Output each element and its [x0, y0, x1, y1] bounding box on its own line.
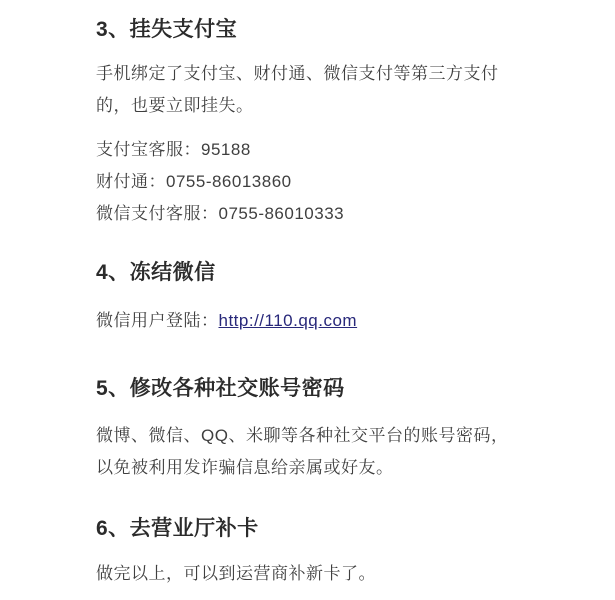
contact-line-alipay-hotline: 支付宝客服：95188 — [96, 134, 525, 166]
contact-line-tenpay-hotline: 财付通：0755-86013860 — [96, 166, 525, 198]
section-replace-sim: 6、去营业厅补卡 做完以上，可以到运营商补新卡了。 — [96, 515, 525, 590]
section-paragraph-replace-sim: 做完以上，可以到运营商补新卡了。 — [96, 558, 525, 590]
section-alipay-loss-report: 3、挂失支付宝 手机绑定了支付宝、财付通、微信支付等第三方支付的，也要立即挂失。… — [96, 16, 525, 230]
article-page: 3、挂失支付宝 手机绑定了支付宝、财付通、微信支付等第三方支付的，也要立即挂失。… — [0, 0, 615, 600]
wechat-login-line: 微信用户登陆：http://110.qq.com — [96, 305, 525, 337]
qq-110-link[interactable]: http://110.qq.com — [219, 311, 358, 330]
section-heading-replace-sim: 6、去营业厅补卡 — [96, 515, 525, 542]
section-change-passwords: 5、修改各种社交账号密码 微博、微信、QQ、米聊等各种社交平台的账号密码，以免被… — [96, 375, 525, 484]
section-paragraph-alipay: 手机绑定了支付宝、财付通、微信支付等第三方支付的，也要立即挂失。 — [96, 58, 525, 122]
contact-lines-block: 支付宝客服：95188 财付通：0755-86013860 微信支付客服：075… — [96, 134, 525, 230]
section-freeze-wechat: 4、冻结微信 微信用户登陆：http://110.qq.com — [96, 259, 525, 337]
wechat-login-label: 微信用户登陆： — [96, 311, 219, 330]
section-paragraph-change-passwords: 微博、微信、QQ、米聊等各种社交平台的账号密码，以免被利用发诈骗信息给亲属或好友… — [96, 420, 525, 484]
section-heading-freeze-wechat: 4、冻结微信 — [96, 259, 525, 286]
contact-line-wechatpay-hotline: 微信支付客服：0755-86010333 — [96, 198, 525, 230]
section-heading-change-passwords: 5、修改各种社交账号密码 — [96, 375, 525, 402]
section-heading-alipay: 3、挂失支付宝 — [96, 16, 525, 43]
